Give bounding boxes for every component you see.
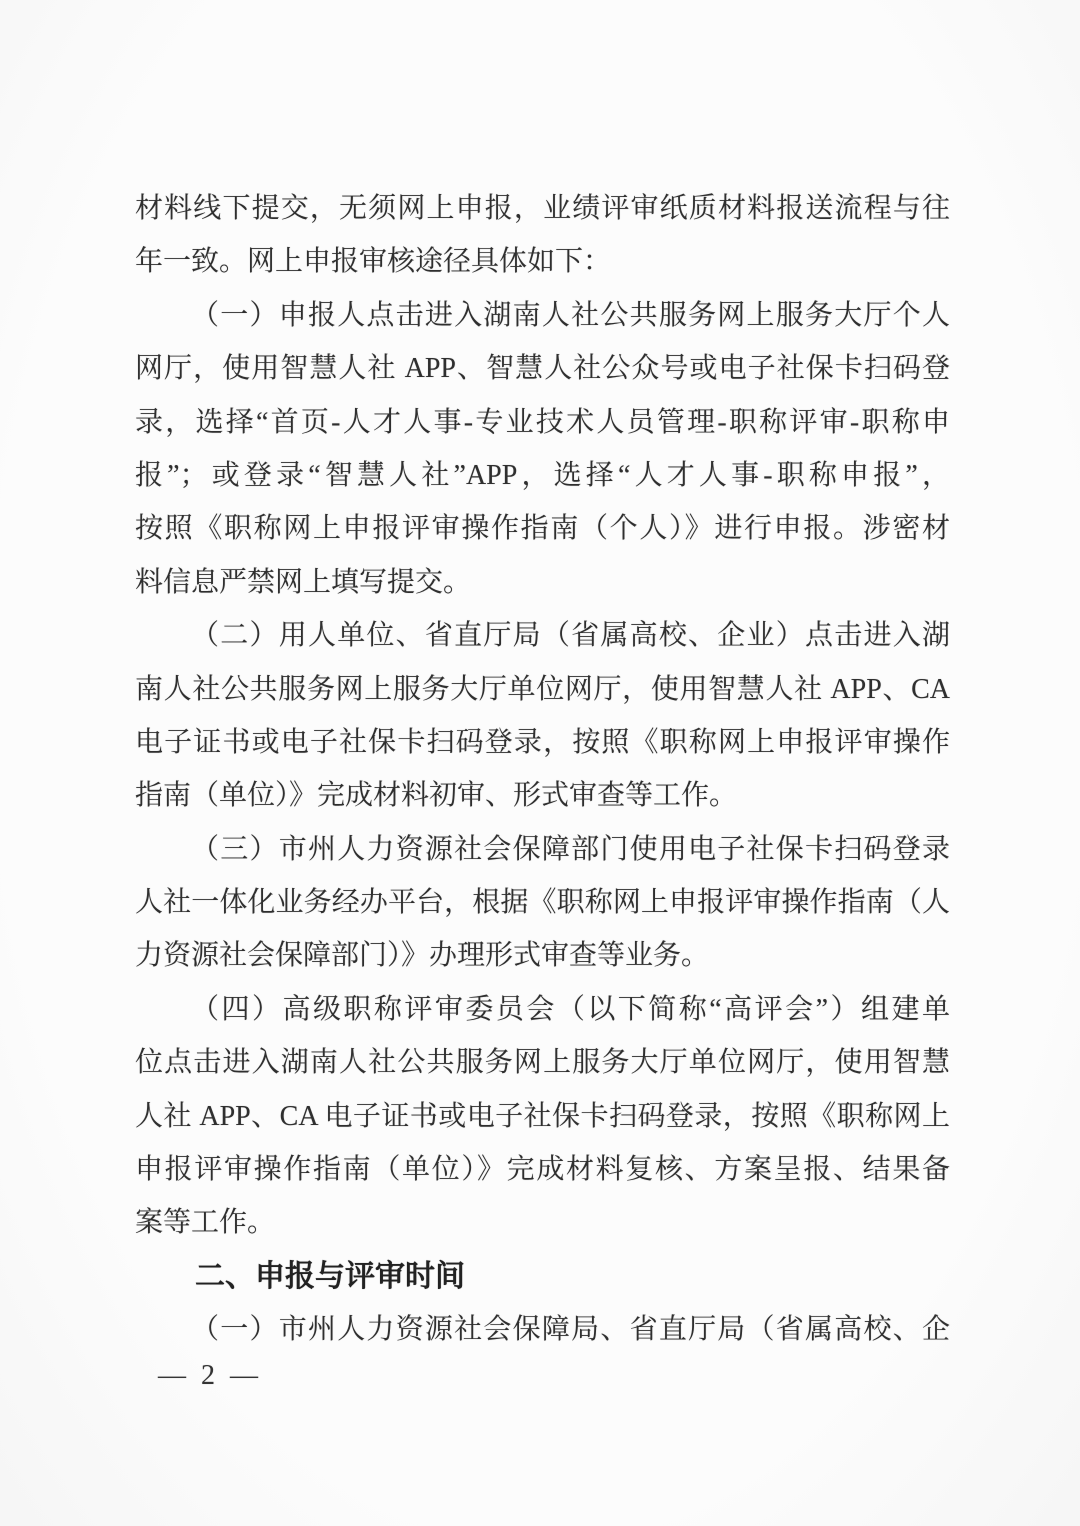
body-line: 录，选择“首页-人才人事-专业技术人员管理-职称评审-职称申: [135, 396, 950, 449]
body-line: 申报评审操作指南（单位）》完成材料复核、方案呈报、结果备: [135, 1143, 950, 1196]
page-number: — 2 —: [158, 1352, 262, 1400]
body-line: 电子证书或电子社保卡扫码登录，按照《职称网上申报评审操作: [135, 716, 950, 769]
body-line: 指南（单位）》完成材料初审、形式审查等工作。: [135, 769, 950, 822]
body-line: （二）用人单位、省直厅局（省属高校、企业）点击进入湖: [135, 609, 950, 662]
body-line: 报”；或登录“智慧人社”APP，选择“人才人事-职称申报”，: [135, 449, 950, 502]
body-line: 网厅，使用智慧人社 APP、智慧人社公众号或电子社保卡扫码登: [135, 342, 950, 395]
body-line: （四）高级职称评审委员会（以下简称“高评会”）组建单: [135, 983, 950, 1036]
document-page: 材料线下提交，无须网上申报，业绩评审纸质材料报送流程与往 年一致。网上申报审核途…: [0, 0, 1080, 1526]
body-line: （一）申报人点击进入湖南人社公共服务网上服务大厅个人: [135, 289, 950, 342]
body-line: 力资源社会保障部门）》办理形式审查等业务。: [135, 929, 950, 982]
document-body: 材料线下提交，无须网上申报，业绩评审纸质材料报送流程与往 年一致。网上申报审核途…: [135, 182, 950, 1357]
body-line: 材料线下提交，无须网上申报，业绩评审纸质材料报送流程与往: [135, 182, 950, 235]
body-line: 按照《职称网上申报评审操作指南（个人）》进行申报。涉密材: [135, 502, 950, 555]
body-line: 人社 APP、CA 电子证书或电子社保卡扫码登录，按照《职称网上: [135, 1090, 950, 1143]
body-line: 南人社公共服务网上服务大厅单位网厅，使用智慧人社 APP、CA: [135, 663, 950, 716]
body-line: （三）市州人力资源社会保障部门使用电子社保卡扫码登录: [135, 823, 950, 876]
section-heading: 二、申报与评审时间: [135, 1250, 950, 1303]
body-line: （一）市州人力资源社会保障局、省直厅局（省属高校、企: [135, 1303, 950, 1356]
body-line: 料信息严禁网上填写提交。: [135, 556, 950, 609]
body-line: 人社一体化业务经办平台，根据《职称网上申报评审操作指南（人: [135, 876, 950, 929]
body-line: 案等工作。: [135, 1196, 950, 1249]
body-line: 位点击进入湖南人社公共服务网上服务大厅单位网厅，使用智慧: [135, 1036, 950, 1089]
body-line: 年一致。网上申报审核途径具体如下：: [135, 235, 950, 288]
